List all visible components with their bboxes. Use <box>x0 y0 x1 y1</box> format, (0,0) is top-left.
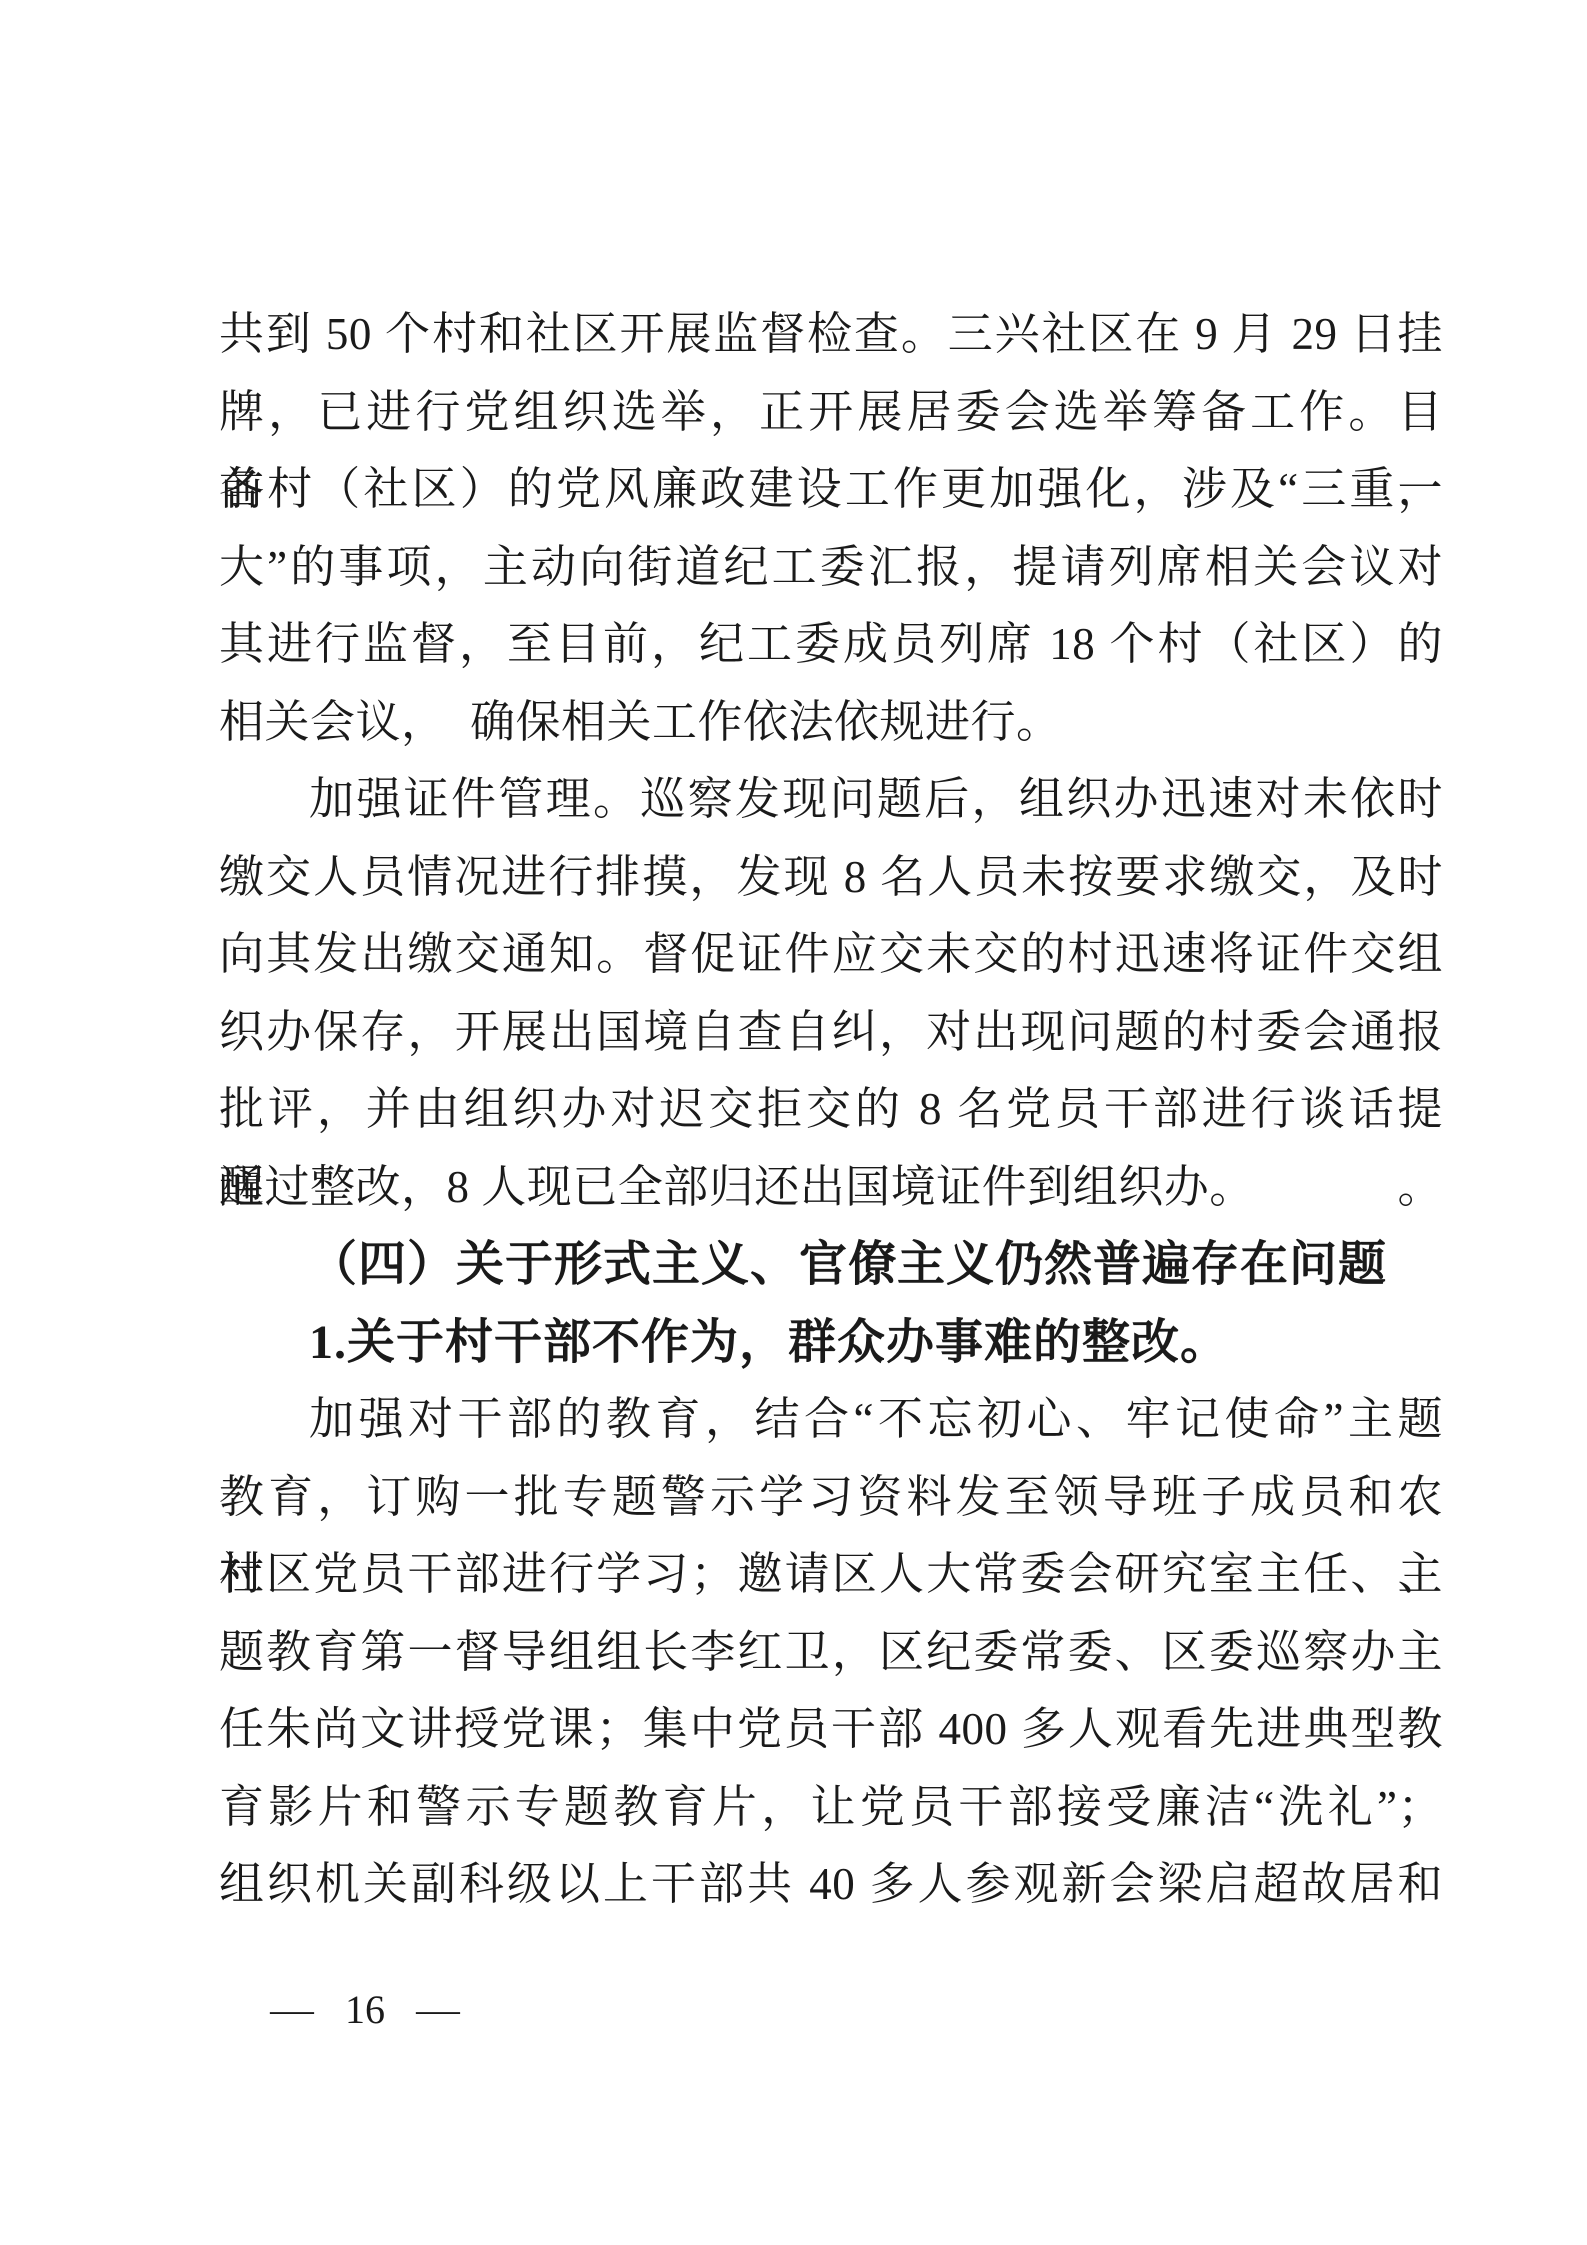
document-body: 共到 50 个村和社区开展监督检查。三兴社区在 9 月 29 日挂 牌，已进行党… <box>219 296 1443 1924</box>
section-heading-4: （四）关于形式主义、官僚主义仍然普遍存在问题 <box>219 1226 1443 1304</box>
body-line: 共到 50 个村和社区开展监督检查。三兴社区在 9 月 29 日挂 <box>219 296 1443 374</box>
body-line: 社区党员干部进行学习；邀请区人大常委会研究室主任、主 <box>219 1536 1443 1614</box>
body-line: 批评，并由组织办对迟交拒交的 8 名党员干部进行谈话提醒。 <box>219 1071 1443 1149</box>
subsection-heading-1: 1.关于村干部不作为，群众办事难的整改。 <box>219 1304 1443 1382</box>
body-line: 各村（社区）的党风廉政建设工作更加强化，涉及“三重一 <box>219 451 1443 529</box>
body-line: 牌，已进行党组织选举，正开展居委会选举筹备工作。目前， <box>219 374 1443 452</box>
body-line: 其进行监督，至目前，纪工委成员列席 18 个村（社区）的 <box>219 606 1443 684</box>
document-page: 共到 50 个村和社区开展监督检查。三兴社区在 9 月 29 日挂 牌，已进行党… <box>0 0 1587 2245</box>
body-line: 组织机关副科级以上干部共 40 多人参观新会梁启超故居和 <box>219 1846 1443 1924</box>
page-footer: — 16 — <box>273 1988 457 2032</box>
body-line: 缴交人员情况进行排摸，发现 8 名人员未按要求缴交，及时 <box>219 839 1443 917</box>
body-line: 相关会议， 确保相关工作依法依规进行。 <box>219 684 1443 762</box>
body-line: 向其发出缴交通知。督促证件应交未交的村迅速将证件交组 <box>219 916 1443 994</box>
footer-dash-left: — <box>270 1989 314 2031</box>
body-line: 加强证件管理。巡察发现问题后，组织办迅速对未依时 <box>219 761 1443 839</box>
body-line: 教育，订购一批专题警示学习资料发至领导班子成员和农村、 <box>219 1459 1443 1537</box>
body-line: 题教育第一督导组组长李红卫，区纪委常委、区委巡察办主 <box>219 1614 1443 1692</box>
footer-dash-right: — <box>416 1989 460 2031</box>
body-line: 织办保存，开展出国境自查自纠，对出现问题的村委会通报 <box>219 994 1443 1072</box>
body-line: 育影片和警示专题教育片，让党员干部接受廉洁“洗礼”； <box>219 1769 1443 1847</box>
page-number: 16 <box>345 1988 385 2032</box>
body-line: 任朱尚文讲授党课；集中党员干部 400 多人观看先进典型教 <box>219 1691 1443 1769</box>
body-line: 加强对干部的教育，结合“不忘初心、牢记使命”主题 <box>219 1381 1443 1459</box>
body-line: 大”的事项，主动向街道纪工委汇报，提请列席相关会议对 <box>219 529 1443 607</box>
